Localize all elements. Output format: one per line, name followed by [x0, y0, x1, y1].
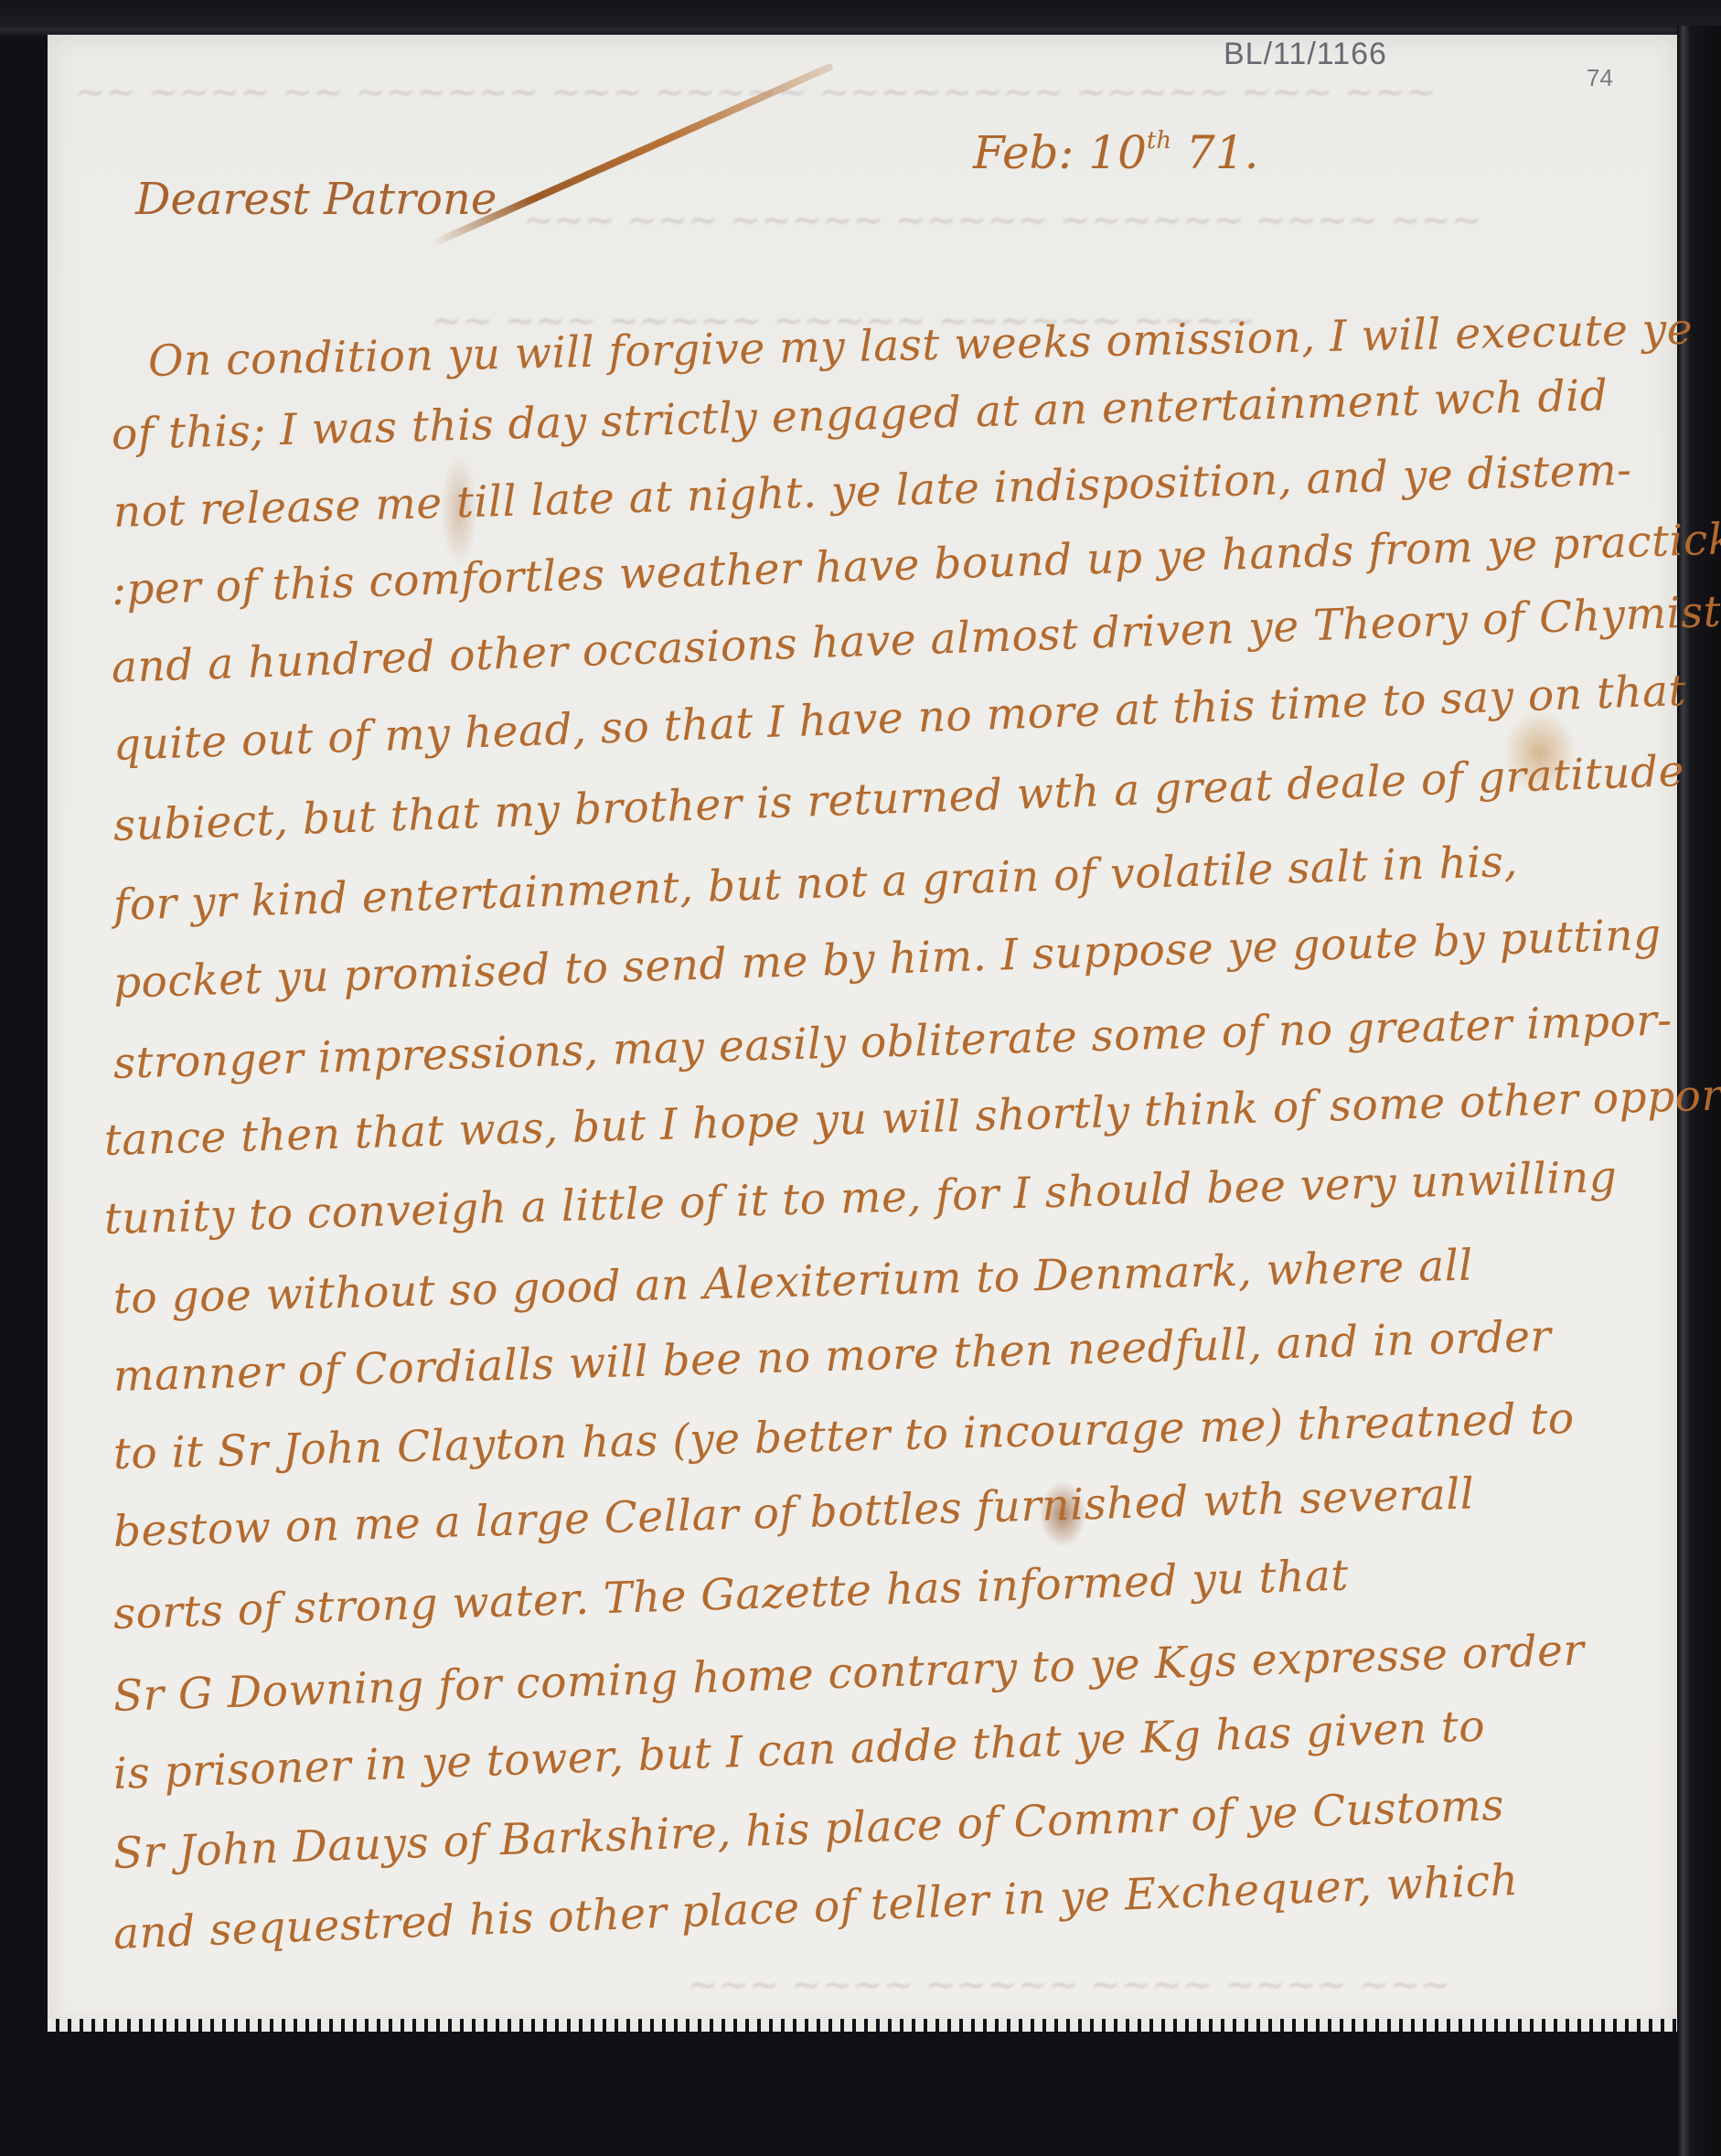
body-line: bestow on me a large Cellar of bottles f…: [112, 1468, 1475, 1557]
body-line: pocket yu promised to send me by him. I …: [112, 910, 1662, 1009]
salutation: Dearest Patrone: [135, 174, 497, 225]
letter-date: Feb: 10th 71.: [973, 126, 1259, 179]
date-year: 71.: [1186, 126, 1259, 179]
folio-number: 74: [1587, 64, 1613, 92]
body-line: of this; I was this day strictly engaged…: [111, 370, 1609, 460]
body-line: to it Sr John Clayton has (ye better to …: [112, 1393, 1575, 1479]
body-line: to goe without so good an Alexiterium to…: [112, 1241, 1473, 1324]
body-line: sorts of strong water. The Gazette has i…: [112, 1551, 1349, 1639]
date-day: Feb: 10: [973, 126, 1147, 179]
show-through-text: ~~~ ~~~~ ~~~~~ ~~~~ ~~~~ ~~~: [688, 1964, 1450, 2006]
body-line: manner of Cordialls will bee no more the…: [112, 1311, 1552, 1402]
body-line: tance then that was, but I hope yu will …: [103, 1071, 1721, 1166]
archive-reference-number: BL/11/1166: [1224, 37, 1387, 72]
body-line: for yr kind entertainment, but not a gra…: [112, 837, 1518, 931]
body-line: stronger impressions, may easily obliter…: [112, 995, 1673, 1089]
archive-frame-top: [0, 0, 1721, 37]
date-suffix: th: [1147, 127, 1171, 155]
manuscript-page: ~~ ~~~~ ~~ ~~~~~~ ~~~ ~~~~~ ~~~~~~~~ ~~~…: [48, 35, 1677, 2028]
show-through-text: ~~~ ~~~ ~~~~~ ~~~~~ ~~~~~~ ~~~~ ~~~: [523, 199, 1481, 241]
page-torn-edge: [48, 2019, 1677, 2032]
show-through-text: ~~ ~~~~ ~~ ~~~~~~ ~~~ ~~~~~ ~~~~~~~~ ~~~…: [75, 71, 1437, 113]
body-line: tunity to conveigh a little of it to me,…: [103, 1152, 1618, 1244]
body-line: is prisoner in ye tower, but I can adde …: [112, 1702, 1486, 1799]
